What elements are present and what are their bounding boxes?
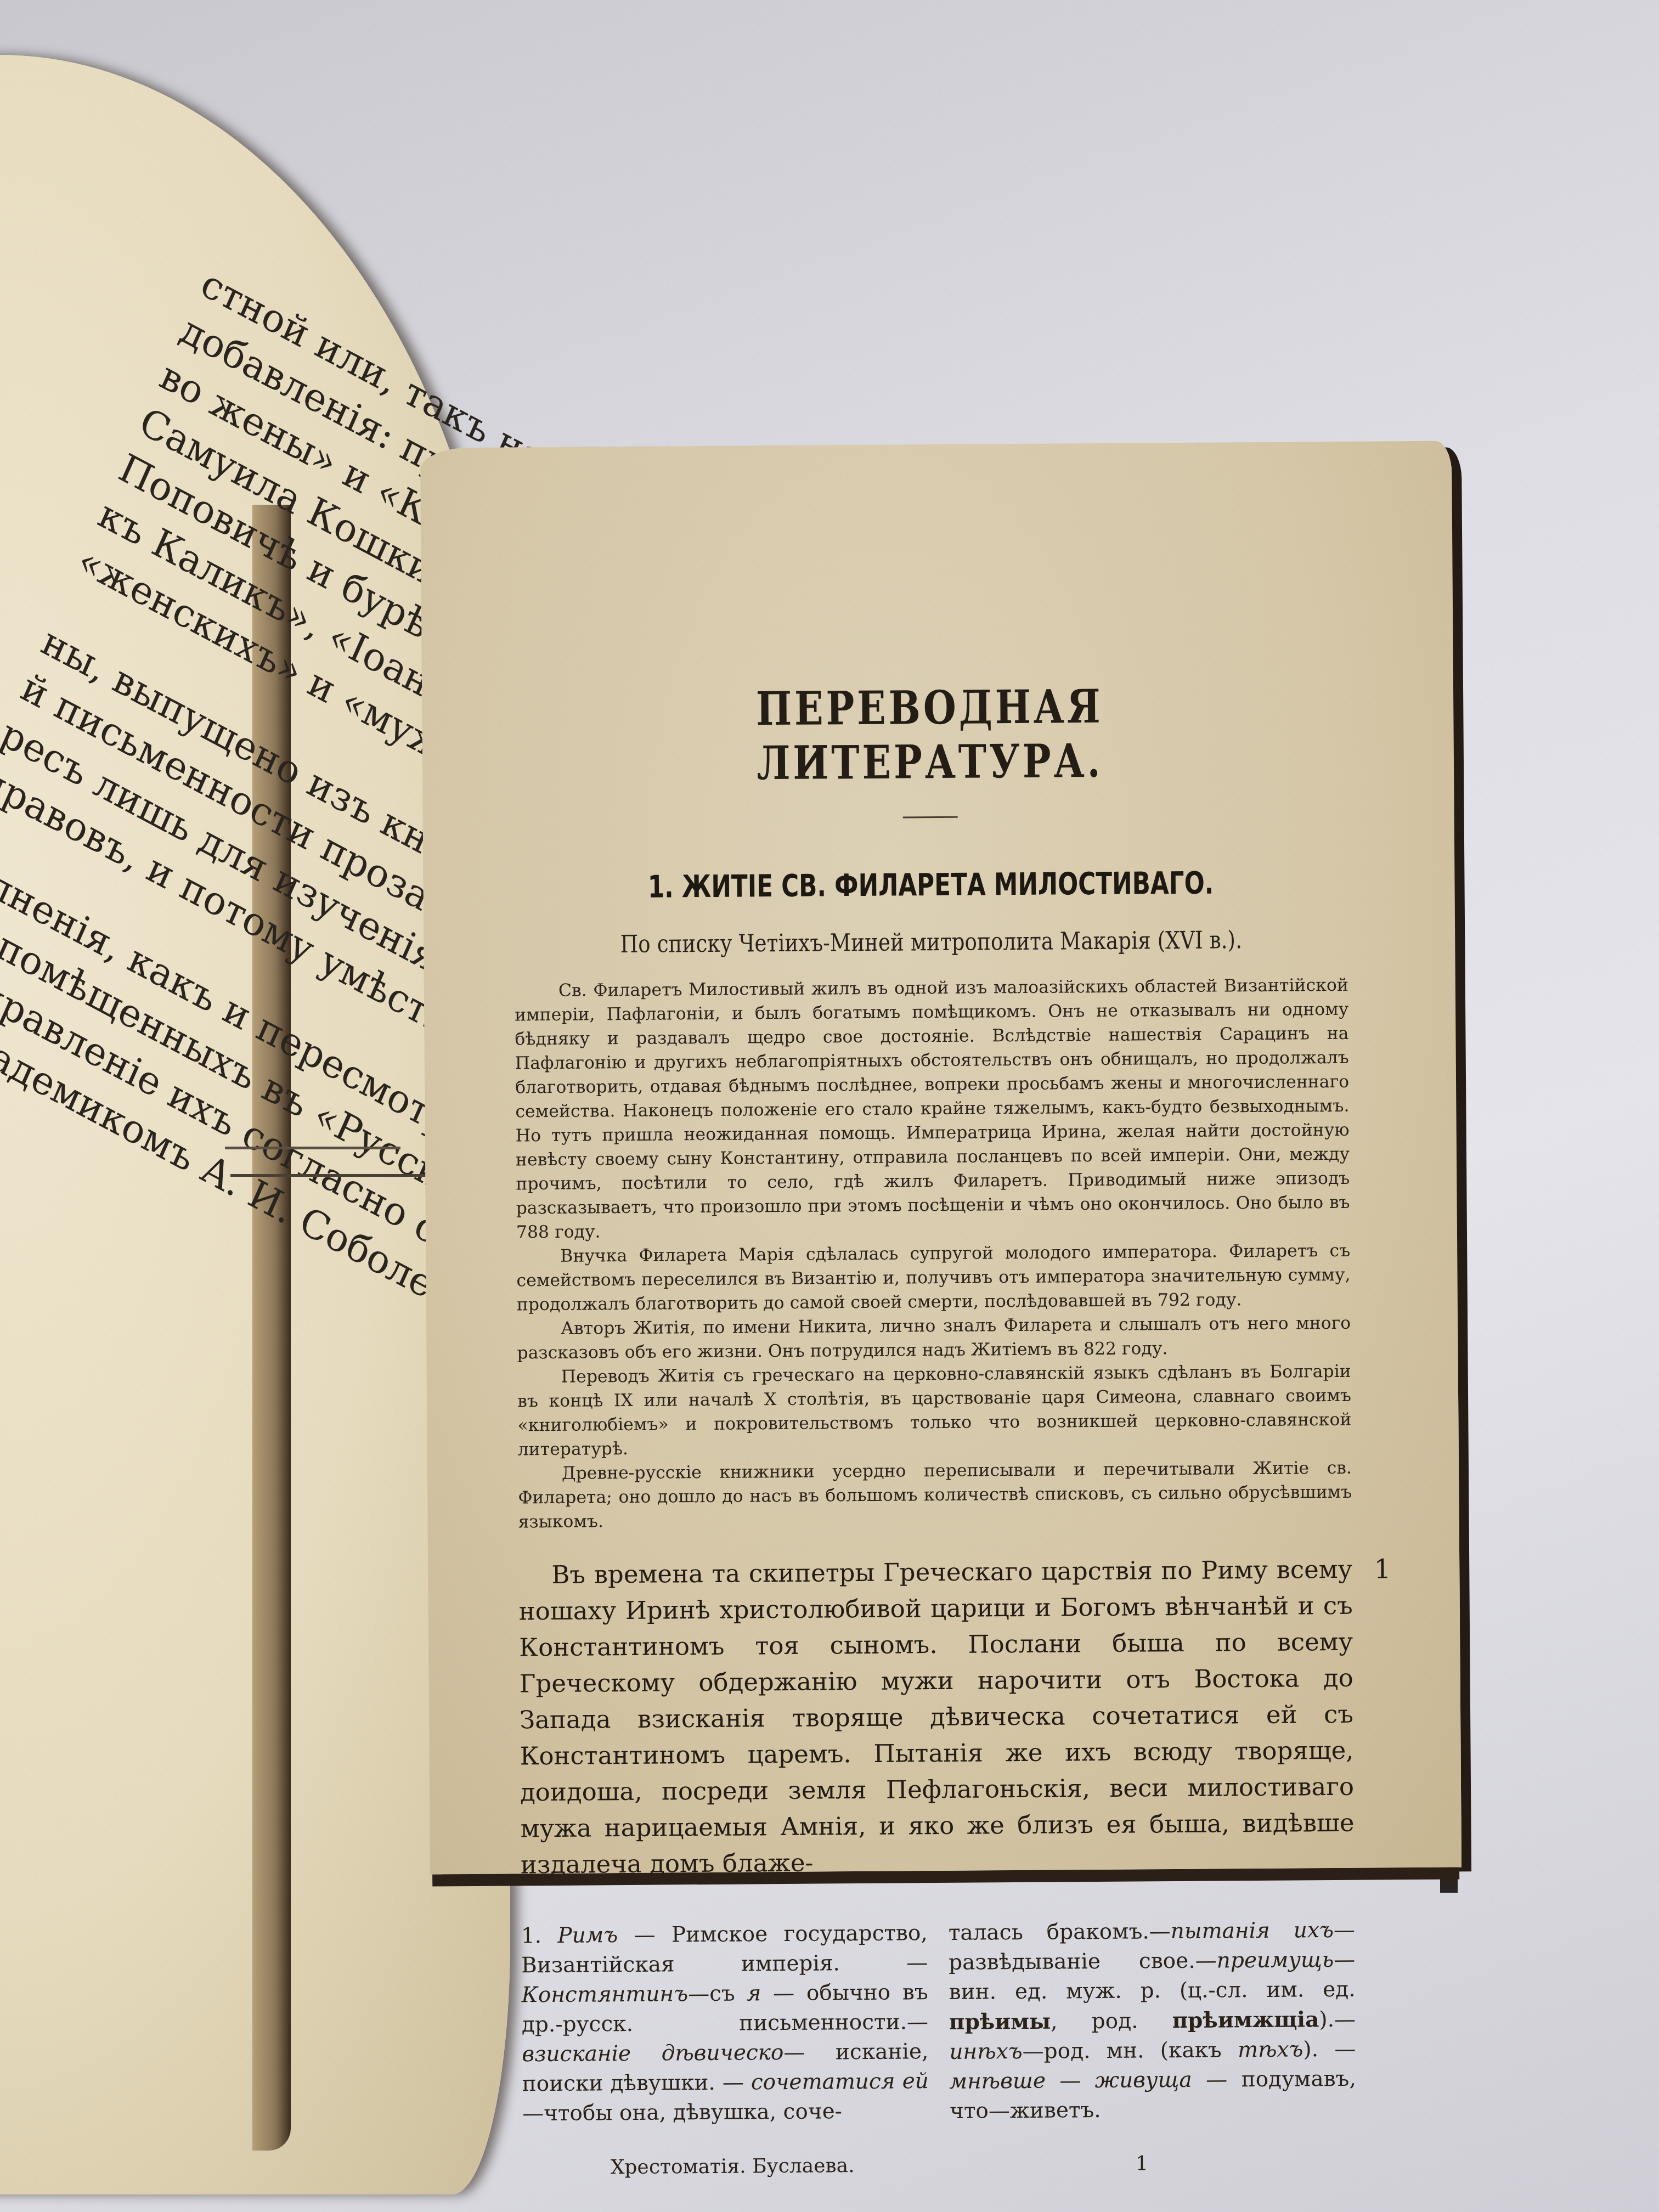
- footnote-run: —съ: [688, 1982, 747, 2007]
- footnote-run: сочетатися ей: [751, 2069, 929, 2095]
- footnote-run: инѣхъ: [949, 2039, 1023, 2064]
- page-footer: Хрестоматія. Буслаева. 1: [523, 2151, 1357, 2180]
- intro-paragraph: Внучка Филарета Марія сдѣлалась супругой…: [516, 1239, 1351, 1317]
- title-divider: [903, 816, 958, 819]
- footnote-run: 1.: [521, 1923, 558, 1948]
- footnote-run: , род.: [1051, 2008, 1172, 2034]
- footnotes-left-column: 1. Римъ — Римское государство, Византійс…: [521, 1918, 929, 2129]
- running-title: Хрестоматія. Буслаева.: [611, 2154, 855, 2179]
- photo-scene: стной или, такъ называемой, народной доб…: [0, 0, 1659, 2212]
- footnote-run: ).—: [1319, 2007, 1356, 2032]
- footnote-run: Римъ: [557, 1923, 618, 1948]
- footnote-run: преимущь: [1217, 1948, 1334, 1973]
- intro-paragraph: Переводъ Житія съ греческаго на церковно…: [517, 1359, 1352, 1462]
- source-note: По списку Четіихъ-Миней митрополита Мака…: [577, 926, 1285, 959]
- footnote-run: живуща: [1095, 2068, 1192, 2093]
- right-page: ПЕРЕВОДНАЯ ЛИТЕРАТУРА. 1. ЖИТІЕ СВ. ФИЛА…: [420, 441, 1462, 1874]
- margin-note-number: 1: [1374, 1551, 1391, 1587]
- intro-paragraph: Св. Филаретъ Милостивый жилъ въ одной из…: [515, 973, 1350, 1245]
- right-page-content: ПЕРЕВОДНАЯ ЛИТЕРАТУРА. 1. ЖИТІЕ СВ. ФИЛА…: [512, 678, 1357, 2180]
- footnote-run: тѣхъ: [1238, 2037, 1304, 2062]
- intro-paragraph: Древне-русскіе книжники усердно переписы…: [518, 1456, 1352, 1534]
- footnote-run: я: [747, 1981, 761, 2006]
- chapter-title: ПЕРЕВОДНАЯ ЛИТЕРАТУРА.: [588, 678, 1272, 792]
- footnote-run: —чтобы она, дѣвушка, соче-: [522, 2099, 842, 2126]
- footnote-run: взисканіе дѣвическо: [522, 2040, 783, 2067]
- primary-text: 1 Въ времена та скипетры Греческаго царс…: [518, 1551, 1355, 1883]
- footnote-run: ). —: [1303, 2037, 1356, 2062]
- signature-mark: 1: [1136, 2152, 1148, 2175]
- footnote-run: талась бракомъ.—: [949, 1919, 1171, 1945]
- footnote-run: пытанія ихъ: [1171, 1918, 1334, 1944]
- footnote-run: Констянтинъ: [521, 1982, 688, 2007]
- introduction: Св. Филаретъ Милостивый жилъ въ одной из…: [515, 973, 1352, 1534]
- intro-paragraph: Авторъ Житія, по имени Никита, лично зна…: [517, 1311, 1351, 1365]
- footnote-run: прѣимжщіа: [1172, 2007, 1319, 2033]
- footnote-run: прѣимы: [949, 2009, 1051, 2035]
- left-divider-rule: [225, 1147, 400, 1149]
- section-title: 1. ЖИТІЕ СВ. ФИЛАРЕТА МИЛОСТИВАГО.: [606, 865, 1256, 905]
- footnote-run: —род. мн. (какъ: [1022, 2038, 1238, 2064]
- primary-text-paragraph: Въ времена та скипетры Греческаго царств…: [518, 1551, 1355, 1883]
- footnote-run: мнѣвше: [950, 2069, 1046, 2094]
- footnotes-right-column: талась бракомъ.—пытанія ихъ—развѣдываніе…: [949, 1916, 1357, 2126]
- footnote-run: —: [1046, 2068, 1095, 2093]
- footnotes: 1. Римъ — Римское государство, Византійс…: [521, 1916, 1357, 2130]
